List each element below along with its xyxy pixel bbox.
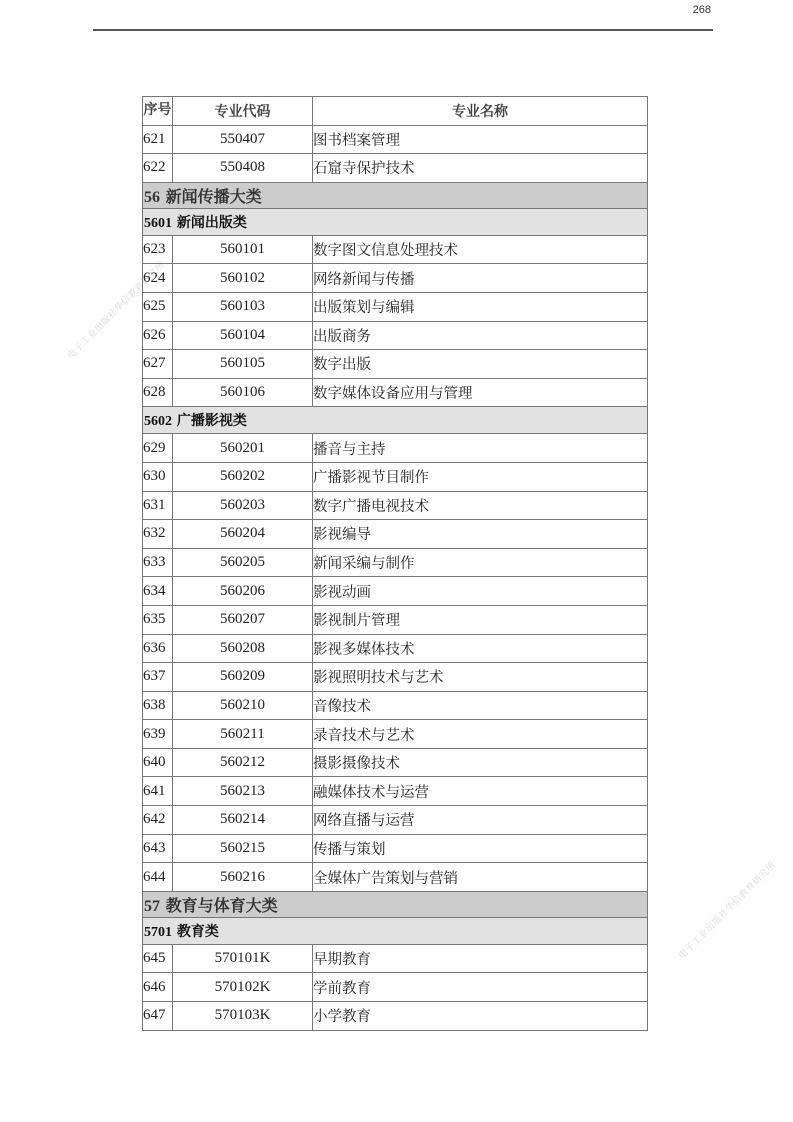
code-cell: 560215 — [173, 834, 313, 863]
seq-cell: 645 — [143, 944, 173, 973]
seq-cell: 634 — [143, 577, 173, 606]
name-cell: 传播与策划 — [313, 834, 648, 863]
name-cell: 融媒体技术与运营 — [313, 777, 648, 806]
table-row: 628560106数字媒体设备应用与管理 — [143, 378, 648, 407]
table-row: 625560103出版策划与编辑 — [143, 292, 648, 321]
seq-cell: 624 — [143, 264, 173, 293]
code-cell: 560203 — [173, 491, 313, 520]
category-code: 57 — [144, 898, 160, 915]
table-row: 641560213融媒体技术与运营 — [143, 777, 648, 806]
name-cell: 音像技术 — [313, 691, 648, 720]
seq-cell: 629 — [143, 434, 173, 463]
name-cell: 出版策划与编辑 — [313, 292, 648, 321]
code-cell: 560101 — [173, 235, 313, 264]
sub-category-row: 5701 教育类 — [143, 917, 648, 944]
code-cell: 550407 — [173, 125, 313, 154]
seq-cell: 647 — [143, 1002, 173, 1031]
name-cell: 石窟寺保护技术 — [313, 154, 648, 183]
header-code: 专业代码 — [173, 97, 313, 126]
category-code: 56 — [144, 189, 160, 206]
sub-category-row: 5602 广播影视类 — [143, 407, 648, 434]
seq-cell: 635 — [143, 605, 173, 634]
category-code: 5601 — [144, 216, 172, 231]
category-code: 5701 — [144, 925, 172, 940]
seq-cell: 641 — [143, 777, 173, 806]
major-category-row: 57 教育与体育大类 — [143, 891, 648, 917]
table-row: 636560208影视多媒体技术 — [143, 634, 648, 663]
name-cell: 网络新闻与传播 — [313, 264, 648, 293]
code-cell: 560214 — [173, 806, 313, 835]
code-cell: 560213 — [173, 777, 313, 806]
code-cell: 560208 — [173, 634, 313, 663]
category-label: 教育与体育大类 — [166, 896, 278, 915]
table-row: 635560207影视制片管理 — [143, 605, 648, 634]
name-cell: 新闻采编与制作 — [313, 548, 648, 577]
code-cell: 560209 — [173, 663, 313, 692]
name-cell: 影视制片管理 — [313, 605, 648, 634]
table-row: 647570103K小学教育 — [143, 1002, 648, 1031]
table-row: 642560214网络直播与运营 — [143, 806, 648, 835]
table-row: 646570102K学前教育 — [143, 973, 648, 1002]
seq-cell: 623 — [143, 235, 173, 264]
seq-cell: 633 — [143, 548, 173, 577]
category-label: 教育类 — [177, 924, 219, 940]
name-cell: 数字媒体设备应用与管理 — [313, 378, 648, 407]
name-cell: 广播影视节目制作 — [313, 462, 648, 491]
table-row: 630560202广播影视节目制作 — [143, 462, 648, 491]
code-cell: 560201 — [173, 434, 313, 463]
seq-cell: 639 — [143, 720, 173, 749]
code-cell: 560216 — [173, 863, 313, 892]
seq-cell: 622 — [143, 154, 173, 183]
code-cell: 560207 — [173, 605, 313, 634]
seq-cell: 640 — [143, 748, 173, 777]
seq-cell: 643 — [143, 834, 173, 863]
code-cell: 560202 — [173, 462, 313, 491]
seq-cell: 621 — [143, 125, 173, 154]
code-cell: 570101K — [173, 944, 313, 973]
header-name: 专业名称 — [313, 97, 648, 126]
code-cell: 550408 — [173, 154, 313, 183]
table-row: 631560203数字广播电视技术 — [143, 491, 648, 520]
name-cell: 数字出版 — [313, 350, 648, 379]
code-cell: 560104 — [173, 321, 313, 350]
code-cell: 560211 — [173, 720, 313, 749]
seq-cell: 625 — [143, 292, 173, 321]
table-row: 623560101数字图文信息处理技术 — [143, 235, 648, 264]
code-cell: 570103K — [173, 1002, 313, 1031]
major-category-title: 57 教育与体育大类 — [143, 891, 648, 917]
sub-category-title: 5602 广播影视类 — [143, 407, 648, 434]
table-row: 645570101K早期教育 — [143, 944, 648, 973]
table-row: 633560205新闻采编与制作 — [143, 548, 648, 577]
code-cell: 560106 — [173, 378, 313, 407]
seq-cell: 630 — [143, 462, 173, 491]
table-row: 624560102网络新闻与传播 — [143, 264, 648, 293]
code-cell: 560204 — [173, 520, 313, 549]
table-header-row: 序号 专业代码 专业名称 — [143, 97, 648, 126]
name-cell: 影视照明技术与艺术 — [313, 663, 648, 692]
code-cell: 560205 — [173, 548, 313, 577]
name-cell: 学前教育 — [313, 973, 648, 1002]
name-cell: 影视编导 — [313, 520, 648, 549]
table-row: 637560209影视照明技术与艺术 — [143, 663, 648, 692]
seq-cell: 632 — [143, 520, 173, 549]
code-cell: 560210 — [173, 691, 313, 720]
major-category-title: 56 新闻传播大类 — [143, 182, 648, 208]
sub-category-row: 5601 新闻出版类 — [143, 208, 648, 235]
category-label: 新闻出版类 — [177, 215, 247, 231]
code-cell: 560206 — [173, 577, 313, 606]
seq-cell: 626 — [143, 321, 173, 350]
header-rule — [93, 29, 713, 31]
table-row: 644560216全媒体广告策划与营销 — [143, 863, 648, 892]
major-category-row: 56 新闻传播大类 — [143, 182, 648, 208]
table-row: 621550407图书档案管理 — [143, 125, 648, 154]
name-cell: 数字广播电视技术 — [313, 491, 648, 520]
watermark: 电子工业出版社华信教育研究所 — [675, 858, 778, 961]
page-number: 268 — [681, 4, 711, 16]
code-cell: 560105 — [173, 350, 313, 379]
table-row: 626560104出版商务 — [143, 321, 648, 350]
seq-cell: 628 — [143, 378, 173, 407]
table-row: 632560204影视编导 — [143, 520, 648, 549]
name-cell: 播音与主持 — [313, 434, 648, 463]
code-cell: 560212 — [173, 748, 313, 777]
name-cell: 出版商务 — [313, 321, 648, 350]
table-row: 638560210音像技术 — [143, 691, 648, 720]
code-cell: 560103 — [173, 292, 313, 321]
table-row: 643560215传播与策划 — [143, 834, 648, 863]
code-cell: 560102 — [173, 264, 313, 293]
seq-cell: 644 — [143, 863, 173, 892]
name-cell: 全媒体广告策划与营销 — [313, 863, 648, 892]
table-row: 639560211录音技术与艺术 — [143, 720, 648, 749]
name-cell: 摄影摄像技术 — [313, 748, 648, 777]
majors-table: 序号 专业代码 专业名称 621550407图书档案管理622550408石窟寺… — [142, 96, 648, 1031]
table-row: 629560201播音与主持 — [143, 434, 648, 463]
name-cell: 网络直播与运营 — [313, 806, 648, 835]
seq-cell: 637 — [143, 663, 173, 692]
table-row: 622550408石窟寺保护技术 — [143, 154, 648, 183]
name-cell: 影视动画 — [313, 577, 648, 606]
name-cell: 早期教育 — [313, 944, 648, 973]
name-cell: 影视多媒体技术 — [313, 634, 648, 663]
category-label: 新闻传播大类 — [166, 187, 262, 206]
seq-cell: 636 — [143, 634, 173, 663]
table-row: 627560105数字出版 — [143, 350, 648, 379]
category-label: 广播影视类 — [177, 413, 247, 429]
table-row: 634560206影视动画 — [143, 577, 648, 606]
seq-cell: 627 — [143, 350, 173, 379]
seq-cell: 646 — [143, 973, 173, 1002]
seq-cell: 642 — [143, 806, 173, 835]
name-cell: 数字图文信息处理技术 — [313, 235, 648, 264]
code-cell: 570102K — [173, 973, 313, 1002]
table-row: 640560212摄影摄像技术 — [143, 748, 648, 777]
seq-cell: 631 — [143, 491, 173, 520]
header-seq: 序号 — [143, 97, 173, 126]
seq-cell: 638 — [143, 691, 173, 720]
sub-category-title: 5601 新闻出版类 — [143, 208, 648, 235]
category-code: 5602 — [144, 414, 172, 429]
name-cell: 小学教育 — [313, 1002, 648, 1031]
name-cell: 录音技术与艺术 — [313, 720, 648, 749]
table-body: 621550407图书档案管理622550408石窟寺保护技术56 新闻传播大类… — [143, 125, 648, 1030]
name-cell: 图书档案管理 — [313, 125, 648, 154]
sub-category-title: 5701 教育类 — [143, 917, 648, 944]
